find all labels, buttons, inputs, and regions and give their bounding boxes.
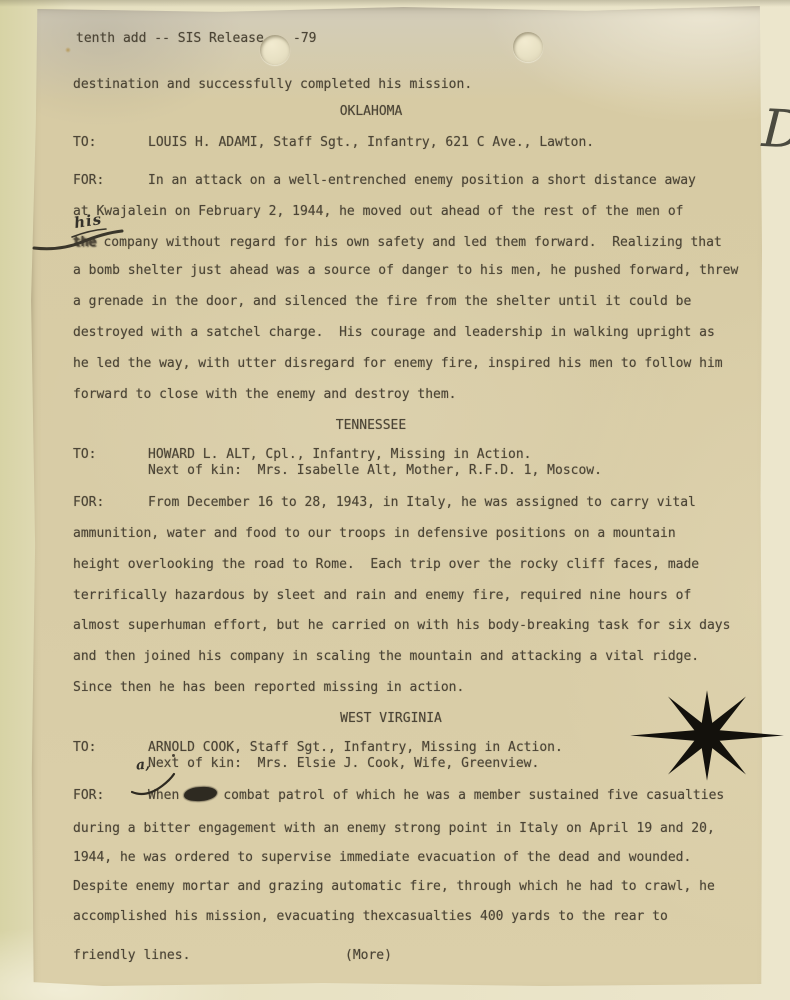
for-line-rest: company without regard for his own safet… xyxy=(103,235,721,250)
for-line: he led the way, with utter disregard for… xyxy=(73,355,723,372)
star-stamp-icon xyxy=(628,688,786,783)
strikethrough-mark xyxy=(32,220,124,252)
for-line: destroyed with a satchel charge. His cou… xyxy=(73,324,715,341)
for-line: height overlooking the road to Rome. Eac… xyxy=(73,556,699,573)
for-line: Since then he has been reported missing … xyxy=(73,679,464,696)
for-line: almost superhuman effort, but he carried… xyxy=(73,617,730,634)
for-line: 1944, he was ordered to supervise immedi… xyxy=(73,849,691,866)
to-label: TO: xyxy=(73,134,96,151)
for-line: In an attack on a well-entrenched enemy … xyxy=(148,172,696,189)
to-line: ARNOLD COOK, Staff Sgt., Infantry, Missi… xyxy=(148,739,563,756)
to-label: TO: xyxy=(73,446,96,463)
document-scan: tenth add -- SIS Release -79 destination… xyxy=(0,0,790,1000)
stray-mark xyxy=(172,754,175,757)
state-heading-tennessee: TENNESSEE xyxy=(73,417,669,434)
for-line-corrected: thecompany without regard for his own sa… xyxy=(73,234,722,251)
for-line: Despite enemy mortar and grazing automat… xyxy=(73,878,715,895)
intro-line: destination and successfully completed h… xyxy=(73,76,472,93)
more-label: (More) xyxy=(345,947,392,964)
for-line: friendly lines. xyxy=(73,947,190,964)
to-line: HOWARD L. ALT, Cpl., Infantry, Missing i… xyxy=(148,446,532,463)
for-line-corrected: Whencombat patrol of which he was a memb… xyxy=(148,787,724,804)
for-line: From December 16 to 28, 1943, in Italy, … xyxy=(148,494,696,511)
margin-mark-d: D xyxy=(760,99,790,161)
punch-hole xyxy=(513,32,543,62)
for-line: ammunition, water and food to our troops… xyxy=(73,525,676,542)
for-line: during a bitter engagement with an enemy… xyxy=(73,820,715,837)
for-line: at Kwajalein on February 2, 1944, he mov… xyxy=(73,203,683,220)
for-line: a bomb shelter just ahead was a source o… xyxy=(73,262,738,279)
for-label: FOR: xyxy=(73,787,104,804)
for-line: forward to close with the enemy and dest… xyxy=(73,386,457,403)
for-label: FOR: xyxy=(73,494,104,511)
for-line: terrifically hazardous by sleet and rain… xyxy=(73,587,691,604)
for-line: a grenade in the door, and silenced the … xyxy=(73,293,691,310)
next-of-kin-line: Next of kin: Mrs. Elsie J. Cook, Wife, G… xyxy=(148,755,539,772)
header-line: tenth add -- SIS Release xyxy=(76,30,264,47)
punch-hole xyxy=(260,35,290,65)
state-heading-oklahoma: OKLAHOMA xyxy=(73,103,669,120)
scribble-underline-mark xyxy=(128,770,178,798)
for-label: FOR: xyxy=(73,172,104,189)
to-label: TO: xyxy=(73,739,96,756)
header-line-suffix: -79 xyxy=(293,30,316,47)
next-of-kin-line: Next of kin: Mrs. Isabelle Alt, Mother, … xyxy=(148,462,602,479)
state-heading-west-virginia: WEST VIRGINIA xyxy=(93,710,689,727)
for-line-rest: combat patrol of which he was a member s… xyxy=(223,788,724,803)
for-line: accomplished his mission, evacuating the… xyxy=(73,908,668,925)
for-line: and then joined his company in scaling t… xyxy=(73,648,699,665)
to-line: LOUIS H. ADAMI, Staff Sgt., Infantry, 62… xyxy=(148,134,594,151)
typewritten-page: tenth add -- SIS Release -79 destination… xyxy=(30,6,762,986)
scribble-mark xyxy=(184,786,218,802)
